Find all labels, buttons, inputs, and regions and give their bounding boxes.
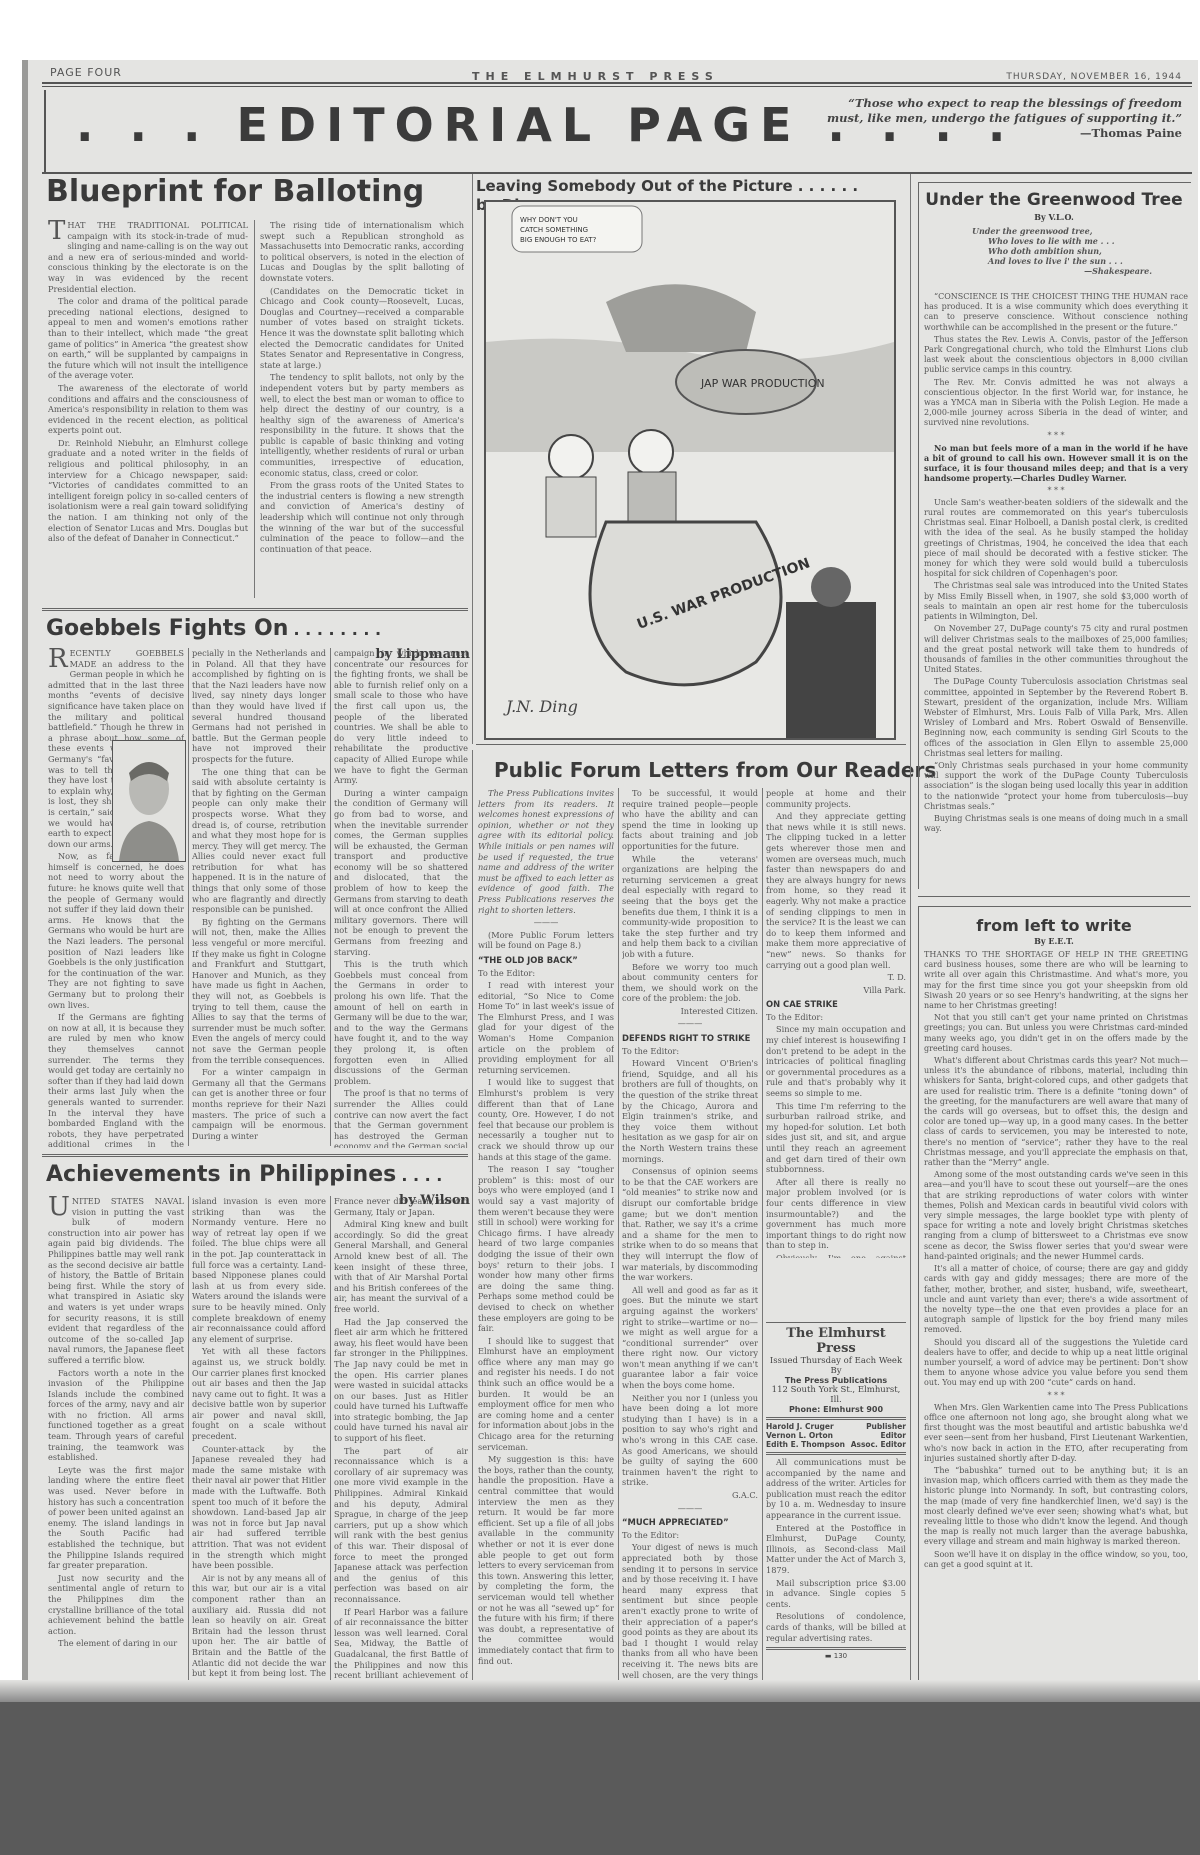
svg-text:WHY DON'T YOU: WHY DON'T YOU: [520, 216, 578, 224]
masthead-notes: All communications must be accompanied b…: [766, 1452, 906, 1645]
paragraph: To be successful, it would require train…: [622, 788, 758, 852]
letter-salutation: To the Editor:: [622, 1046, 758, 1057]
letter-title: “MUCH APPRECIATED”: [622, 1517, 758, 1528]
section-rule: [42, 608, 468, 611]
paragraph: I should like to suggest that Elmhurst h…: [478, 1336, 614, 1453]
svg-text:CATCH SOMETHING: CATCH SOMETHING: [520, 226, 588, 234]
section-rule: [42, 1154, 468, 1157]
paragraph: The awareness of the electorate of world…: [48, 383, 248, 436]
masthead-name: The Elmhurst Press: [766, 1326, 906, 1356]
scanner-background: [0, 1702, 1200, 1855]
union-label: ▬ 130: [766, 1652, 906, 1660]
paragraph: Howard Vincent O'Brien's friend, Squidge…: [622, 1058, 758, 1164]
column-divider: [188, 1196, 189, 1726]
column-divider: [762, 788, 763, 1726]
paragraph: All well and good as far as it goes. But…: [622, 1285, 758, 1391]
staff-role: Publisher: [866, 1422, 906, 1431]
poem-attribution: —Shakespeare.: [972, 266, 1172, 276]
newspaper-page: PAGE FOUR THE ELMHURST PRESS THURSDAY, N…: [22, 60, 1198, 1740]
philippines-col-1: UNITED STATES NAVAL vision in putting th…: [48, 1196, 184, 1726]
poem-line: Under the greenwood tree,: [972, 226, 1172, 236]
asterisk-divider: * * *: [924, 431, 1188, 441]
paragraph: The Christmas seal sale was introduced i…: [924, 581, 1188, 622]
poem-line: Who doth ambition shun,: [972, 246, 1172, 256]
quote-attribution: —Thomas Paine: [822, 126, 1182, 141]
forum-col-3: people at home and their community proje…: [766, 788, 906, 1258]
column-divider: [188, 648, 189, 1146]
left-to-write-headline: from left to write: [918, 916, 1190, 935]
staff-role: Assoc. Editor: [851, 1440, 906, 1449]
blueprint-col-2: The rising tide of internationalism whic…: [260, 220, 464, 600]
editorial-cartoon: JAP WAR PRODUCTION U.S. WAR PRODUCTION W…: [484, 200, 896, 740]
paragraph: Not that you still can't get your name p…: [924, 1013, 1188, 1054]
column-divider: [910, 174, 911, 1734]
editorial-banner: . . . EDITORIAL PAGE . . . . “Those who …: [44, 90, 1190, 174]
left-to-write-text: THANKS TO THE SHORTAGE OF HELP IN THE GR…: [924, 950, 1188, 1720]
quote-text: “Those who expect to reap the blessings …: [827, 96, 1182, 125]
paragraph: If the Germans are fighting on now at al…: [48, 1012, 184, 1148]
drop-cap: T: [48, 220, 65, 242]
masthead-issued: Issued Thursday of Each Week: [766, 1356, 906, 1366]
paragraph: All communications must be accompanied b…: [766, 1457, 906, 1521]
asterisk-divider: * * *: [924, 486, 1188, 496]
paragraph: Just now security and the sentimental an…: [48, 1573, 184, 1637]
masthead-by: By: [766, 1366, 906, 1376]
paragraph: Consensus of opinion seems to be that th…: [622, 1166, 758, 1283]
forum-intro: The Press Publications invites letters f…: [478, 788, 614, 915]
column-divider: [330, 1196, 331, 1726]
paragraph: Thus states the Rev. Lewis A. Convis, pa…: [924, 335, 1188, 376]
forum-col-1: The Press Publications invites letters f…: [478, 788, 614, 1726]
paragraph: Factors worth a note in the invasion of …: [48, 1368, 184, 1463]
staff-row: Harold J. CrugerPublisher: [766, 1422, 906, 1431]
letter-salutation: To the Editor:: [478, 968, 614, 979]
paragraph: Yet with all these factors against us, w…: [192, 1346, 326, 1441]
staff-list: Harold J. CrugerPublisher Vernon L. Orto…: [766, 1417, 906, 1449]
philippines-col-2: island invasion is even more striking th…: [192, 1196, 326, 1726]
cartoon-signature: J.N. Ding: [503, 697, 578, 716]
staff-row: Vernon L. OrtonEditor: [766, 1431, 906, 1440]
paragraph: campaign in which we must concentrate ou…: [334, 648, 468, 786]
letter-signature: G.A.C.: [622, 1490, 758, 1501]
paragraph: Dr. Reinhold Niebuhr, an Elmhurst colleg…: [48, 438, 248, 544]
paragraph: “CONSCIENCE IS THE CHOICEST THING THE HU…: [924, 292, 1188, 333]
paragraph: The tendency to split ballots, not only …: [260, 372, 464, 478]
section-rule: [476, 744, 906, 745]
paragraph: Admiral King knew and built accordingly.…: [334, 1219, 468, 1314]
scan-edge-fade: [0, 1680, 1200, 1702]
greenwood-headline: Under the Greenwood Tree: [918, 190, 1190, 210]
masthead-address: 112 South York St., Elmhurst, Ill.: [766, 1385, 906, 1405]
letter-signature: Interested Citizen.: [622, 1006, 758, 1017]
paragraph: Leyte was the first major landing where …: [48, 1465, 184, 1571]
divider-dash: ———: [478, 917, 614, 928]
philippines-col-3: France never did learn, nor did Germany,…: [334, 1196, 468, 1726]
paragraph: What's different about Christmas cards t…: [924, 1056, 1188, 1168]
issue-date: THURSDAY, NOVEMBER 16, 1944: [1006, 72, 1182, 82]
forum-headline: Public Forum Letters from Our Readers: [494, 758, 936, 782]
poem-line: And loves to live i' the sun . . .: [972, 256, 1172, 266]
paragraph: The Rev. Mr. Convis admitted he was not …: [924, 378, 1188, 429]
paragraph: Since my main occupation and my chief in…: [766, 1024, 906, 1098]
paragraph: Entered at the Postoffice in Elmhurst, D…: [766, 1523, 906, 1576]
paragraph: Mail subscription price $3.00 in advance…: [766, 1578, 906, 1610]
column-divider: [330, 648, 331, 1146]
paragraph: Among some of the most outstanding cards…: [924, 1170, 1188, 1262]
paragraph: No man but feels more of a man in the wo…: [924, 443, 1188, 484]
letter-title: “THE OLD JOB BACK”: [478, 955, 614, 966]
staff-role: Editor: [881, 1431, 907, 1440]
paragraph: The reason I say “tougher problem” is th…: [478, 1164, 614, 1334]
letter-title: DEFENDS RIGHT TO STRIKE: [622, 1033, 758, 1044]
paragraph: I would like to suggest that Elmhurst's …: [478, 1077, 614, 1162]
paragraph: And they appreciate getting that news wh…: [766, 811, 906, 970]
header-rule: [42, 82, 1192, 84]
staff-row: Edith E. ThompsonAssoc. Editor: [766, 1440, 906, 1449]
paragraph: HAT THE TRADITIONAL POLITICAL campaign w…: [48, 220, 248, 294]
paragraph: THANKS TO THE SHORTAGE OF HELP IN THE GR…: [924, 950, 1188, 1011]
masthead-rule: [766, 1322, 906, 1323]
goebbels-col-1: RECENTLY GOEBBELS MADE an address to the…: [48, 648, 184, 1148]
left-to-write-byline: By E.E.T.: [918, 936, 1190, 946]
paragraph: While the veterans' organizations are he…: [622, 854, 758, 960]
paragraph: Resolutions of condolence, cards of than…: [766, 1611, 906, 1643]
union-label-number: 130: [834, 1652, 847, 1660]
poem-line: Who loves to lie with me . . .: [972, 236, 1172, 246]
paragraph: When Mrs. Glen Warkentien came into The …: [924, 1403, 1188, 1464]
banner-quote: “Those who expect to reap the blessings …: [822, 96, 1182, 141]
drop-cap: U: [48, 1196, 70, 1218]
paragraph: My suggestion is this: have the boys, ra…: [478, 1454, 614, 1666]
greenwood-byline: By V.L.O.: [918, 212, 1190, 222]
paragraph: The “babushka” turned out to be anything…: [924, 1466, 1188, 1548]
goebbels-title: Goebbels Fights On: [46, 616, 288, 641]
page-label: PAGE FOUR: [50, 66, 122, 79]
portrait-sketch: [113, 741, 185, 861]
paragraph: By fighting on the Germans will not, the…: [192, 917, 326, 1065]
column-divider: [472, 750, 473, 1730]
svg-text:BIG ENOUGH TO EAT?: BIG ENOUGH TO EAT?: [520, 236, 597, 244]
asterisk-divider: * * *: [924, 1391, 1188, 1401]
paragraph: The part of air reconnaissance which is …: [334, 1446, 468, 1605]
poem: Under the greenwood tree, Who loves to l…: [972, 226, 1172, 276]
section-rule: [918, 896, 1190, 897]
paragraph: (Candidates on the Democratic ticket in …: [260, 286, 464, 371]
column-divider: [254, 220, 255, 598]
paragraph: pecially in the Netherlands and in Polan…: [192, 648, 326, 765]
divider-dash: ———: [622, 1503, 758, 1514]
header-rule-thin: [42, 86, 1192, 87]
masthead-phone: Phone: Elmhurst 900: [766, 1405, 906, 1414]
goebbels-col-2: pecially in the Netherlands and in Polan…: [192, 648, 326, 1148]
letter-signature: T. D.: [766, 972, 906, 983]
paragraph: This time I'm referring to the surburban…: [766, 1101, 906, 1175]
blueprint-col-1: THAT THE TRADITIONAL POLITICAL campaign …: [48, 220, 248, 600]
paragraph: Neither you nor I (unless you have been …: [622, 1393, 758, 1488]
headline-blueprint: Blueprint for Balloting: [46, 174, 424, 209]
paragraph: The DuPage County Tuberculosis associati…: [924, 677, 1188, 759]
paragraph: Buying Christmas seals is one means of d…: [924, 814, 1188, 834]
lippmann-portrait: [112, 740, 186, 862]
goebbels-col-3: campaign in which we must concentrate ou…: [334, 648, 468, 1148]
letter-title: ON CAE STRIKE: [766, 999, 906, 1010]
paragraph: The element of daring in our: [48, 1638, 184, 1649]
masthead-publisher-org: The Press Publications: [766, 1376, 906, 1385]
paragraph: Now, as far as Goebbels himself is conce…: [48, 851, 184, 1010]
paragraph: On November 27, DuPage county's 75 city …: [924, 624, 1188, 675]
paragraph: The color and drama of the political par…: [48, 296, 248, 381]
paragraph: Counter-attack by the Japanese revealed …: [192, 1444, 326, 1571]
drop-cap: R: [48, 648, 68, 670]
cartoon-title: Leaving Somebody Out of the Picture: [476, 177, 793, 195]
fish-label: JAP WAR PRODUCTION: [700, 377, 825, 390]
staff-name: Vernon L. Orton: [766, 1431, 833, 1440]
paragraph: people at home and their community proje…: [766, 788, 906, 809]
greenwood-text: “CONSCIENCE IS THE CHOICEST THING THE HU…: [924, 292, 1188, 892]
paragraph: Soon we'll have it on display in the off…: [924, 1550, 1188, 1570]
paragraph: Had the Jap conserved the fleet air arm …: [334, 1317, 468, 1444]
column-divider: [618, 788, 619, 1726]
divider-dash: ———: [622, 1018, 758, 1029]
letter-place: Villa Park.: [766, 985, 906, 996]
paragraph: France never did learn, nor did Germany,…: [334, 1196, 468, 1217]
philippines-title: Achievements in Philippines: [46, 1162, 396, 1187]
forum-col-2: To be successful, it would require train…: [622, 788, 758, 1726]
paragraph: Should you discard all of the suggestion…: [924, 1338, 1188, 1389]
section-rule: [766, 1647, 906, 1650]
paragraph: island invasion is even more striking th…: [192, 1196, 326, 1344]
paragraph: I read with interest your editorial, “So…: [478, 980, 614, 1075]
paragraph: The proof is that no terms of surrender …: [334, 1088, 468, 1148]
paragraph: It's all a matter of choice, of course; …: [924, 1264, 1188, 1335]
paragraph: The rising tide of internationalism whic…: [260, 220, 464, 284]
paragraph: If Pearl Harbor was a failure of air rec…: [334, 1607, 468, 1692]
letter-salutation: To the Editor:: [622, 1530, 758, 1541]
forum-more-note: (More Public Forum letters will be found…: [478, 930, 614, 951]
paragraph: The one thing that can be said with abso…: [192, 767, 326, 915]
paragraph: During a winter campaign the condition o…: [334, 788, 468, 958]
paragraph: This is the truth which Goebbels must co…: [334, 959, 468, 1086]
masthead: The Elmhurst Press Issued Thursday of Ea…: [766, 1326, 906, 1660]
paragraph: For a winter campaign in Germany all tha…: [192, 1067, 326, 1141]
letter-salutation: To the Editor:: [766, 1012, 906, 1023]
staff-name: Harold J. Cruger: [766, 1422, 834, 1431]
paragraph: Uncle Sam's weather-beaten soldiers of t…: [924, 498, 1188, 580]
paragraph: Before we worry too much about community…: [622, 962, 758, 1004]
staff-name: Edith E. Thompson: [766, 1440, 845, 1449]
paragraph: From the grass roots of the United State…: [260, 480, 464, 554]
cartoon-illustration: JAP WAR PRODUCTION U.S. WAR PRODUCTION W…: [486, 202, 894, 738]
paragraph: After all there is really no major probl…: [766, 1177, 906, 1251]
paragraph: Obviously, I'm one against strikes right…: [766, 1253, 906, 1258]
paragraph: “Only Christmas seals purchased in your …: [924, 761, 1188, 812]
editorial-sheet: PAGE FOUR THE ELMHURST PRESS THURSDAY, N…: [42, 60, 1192, 1740]
column-divider: [472, 174, 473, 744]
